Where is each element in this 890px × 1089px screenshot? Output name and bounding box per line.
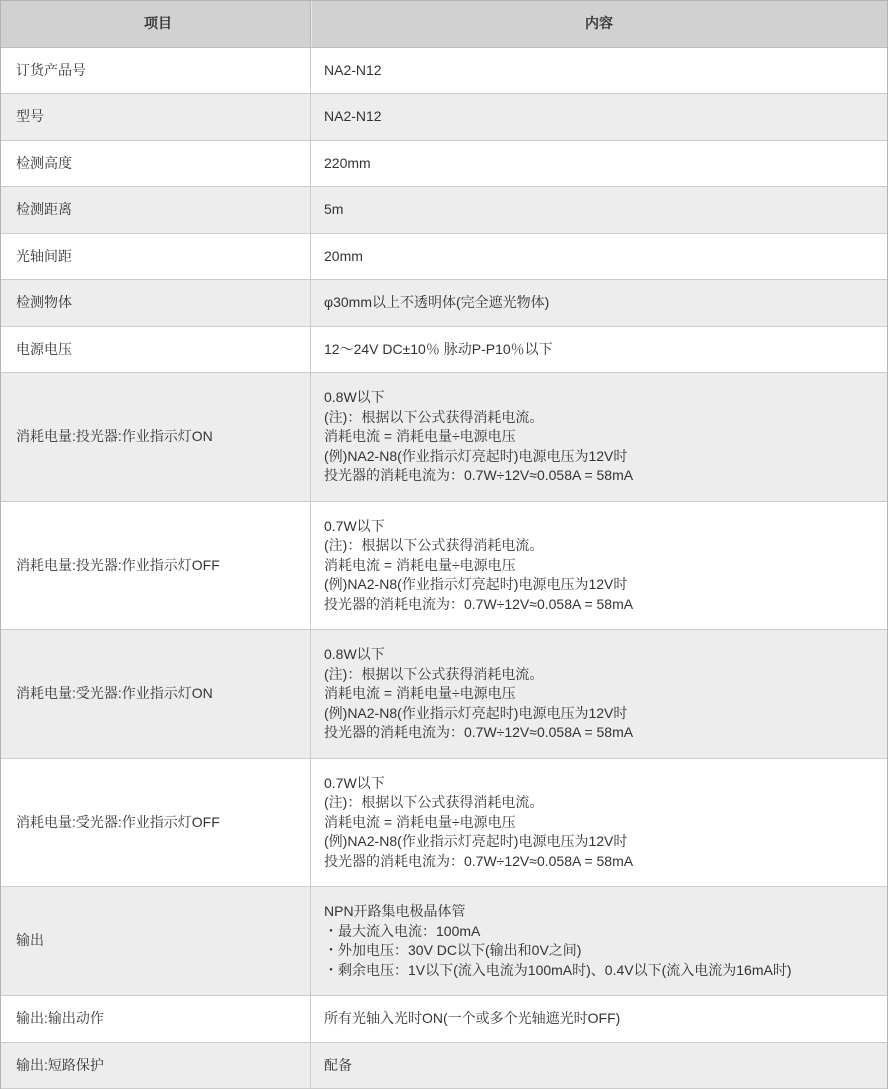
table-row: 检测距离5m <box>1 187 887 234</box>
table-row: 消耗电量:受光器:作业指示灯OFF0.7W以下(注)：根据以下公式获得消耗电流。… <box>1 759 887 888</box>
table-row: 输出NPN开路集电极晶体管・最大流入电流：100mA・外加电压：30V DC以下… <box>1 887 887 996</box>
table-row: 检测物体φ30mm以上不透明体(完全遮光物体) <box>1 280 887 327</box>
row-content-line: (例)NA2-N8(作业指示灯亮起时)电源电压为12V时 <box>324 704 873 724</box>
table-row: 输出:输出动作所有光轴入光时ON(一个或多个光轴遮光时OFF) <box>1 996 887 1043</box>
row-content-cell: NA2-N12 <box>311 48 887 94</box>
row-content-line: 所有光轴入光时ON(一个或多个光轴遮光时OFF) <box>324 1009 873 1029</box>
row-content-line: NA2-N12 <box>324 61 873 81</box>
row-content-line: ・剩余电压：1V以下(流入电流为100mA时)、0.4V以下(流入电流为16mA… <box>324 961 873 981</box>
spec-table: 项目 内容 订货产品号NA2-N12型号NA2-N12检测高度220mm检测距离… <box>0 0 888 1089</box>
row-content-cell: 0.7W以下(注)：根据以下公式获得消耗电流。消耗电流 = 消耗电量÷电源电压(… <box>311 502 887 630</box>
row-content-line: (注)：根据以下公式获得消耗电流。 <box>324 665 873 685</box>
row-content-cell: 5m <box>311 187 887 233</box>
row-content-line: 消耗电流 = 消耗电量÷电源电压 <box>324 556 873 576</box>
row-content-line: ・最大流入电流：100mA <box>324 922 873 942</box>
row-item-label: 消耗电量:投光器:作业指示灯ON <box>1 373 311 501</box>
row-content-line: 12～24V DC±10％ 脉动P-P10％以下 <box>324 340 873 360</box>
row-content-line: ・外加电压：30V DC以下(输出和0V之间) <box>324 941 873 961</box>
row-item-label: 型号 <box>1 94 311 140</box>
row-content-line: 投光器的消耗电流为：0.7W÷12V≈0.058A = 58mA <box>324 852 873 872</box>
row-content-cell: 12～24V DC±10％ 脉动P-P10％以下 <box>311 327 887 373</box>
row-content-line: NPN开路集电极晶体管 <box>324 902 873 922</box>
row-content-line: 消耗电流 = 消耗电量÷电源电压 <box>324 813 873 833</box>
header-item-column: 项目 <box>1 1 311 47</box>
row-content-line: (注)：根据以下公式获得消耗电流。 <box>324 793 873 813</box>
row-content-line: 5m <box>324 200 873 220</box>
table-body: 订货产品号NA2-N12型号NA2-N12检测高度220mm检测距离5m光轴间距… <box>1 48 887 1089</box>
row-content-line: 消耗电流 = 消耗电量÷电源电压 <box>324 684 873 704</box>
row-content-line: (注)：根据以下公式获得消耗电流。 <box>324 408 873 428</box>
table-row: 消耗电量:投光器:作业指示灯ON0.8W以下(注)：根据以下公式获得消耗电流。消… <box>1 373 887 502</box>
row-content-line: (例)NA2-N8(作业指示灯亮起时)电源电压为12V时 <box>324 447 873 467</box>
row-content-cell: φ30mm以上不透明体(完全遮光物体) <box>311 280 887 326</box>
row-content-line: 消耗电流 = 消耗电量÷电源电压 <box>324 427 873 447</box>
row-content-cell: 20mm <box>311 234 887 280</box>
table-row: 输出:短路保护配备 <box>1 1043 887 1089</box>
row-item-label: 订货产品号 <box>1 48 311 94</box>
row-content-line: 配备 <box>324 1056 873 1076</box>
row-item-label: 输出:短路保护 <box>1 1043 311 1089</box>
row-content-line: 投光器的消耗电流为：0.7W÷12V≈0.058A = 58mA <box>324 595 873 615</box>
row-content-line: 0.8W以下 <box>324 388 873 408</box>
row-content-line: 220mm <box>324 154 873 174</box>
row-item-label: 电源电压 <box>1 327 311 373</box>
table-row: 检测高度220mm <box>1 141 887 188</box>
table-row: 光轴间距20mm <box>1 234 887 281</box>
row-content-cell: 0.7W以下(注)：根据以下公式获得消耗电流。消耗电流 = 消耗电量÷电源电压(… <box>311 759 887 887</box>
table-row: 型号NA2-N12 <box>1 94 887 141</box>
row-item-label: 光轴间距 <box>1 234 311 280</box>
row-content-line: 投光器的消耗电流为：0.7W÷12V≈0.058A = 58mA <box>324 723 873 743</box>
row-content-line: (例)NA2-N8(作业指示灯亮起时)电源电压为12V时 <box>324 832 873 852</box>
row-content-line: 0.8W以下 <box>324 645 873 665</box>
row-item-label: 输出 <box>1 887 311 995</box>
row-item-label: 消耗电量:受光器:作业指示灯OFF <box>1 759 311 887</box>
row-item-label: 消耗电量:投光器:作业指示灯OFF <box>1 502 311 630</box>
row-item-label: 输出:输出动作 <box>1 996 311 1042</box>
row-content-line: NA2-N12 <box>324 107 873 127</box>
row-content-line: φ30mm以上不透明体(完全遮光物体) <box>324 293 873 313</box>
row-item-label: 检测物体 <box>1 280 311 326</box>
row-content-cell: 配备 <box>311 1043 887 1089</box>
table-row: 消耗电量:投光器:作业指示灯OFF0.7W以下(注)：根据以下公式获得消耗电流。… <box>1 502 887 631</box>
row-content-line: (例)NA2-N8(作业指示灯亮起时)电源电压为12V时 <box>324 575 873 595</box>
row-content-cell: NA2-N12 <box>311 94 887 140</box>
row-content-cell: 所有光轴入光时ON(一个或多个光轴遮光时OFF) <box>311 996 887 1042</box>
row-content-cell: 220mm <box>311 141 887 187</box>
table-row: 订货产品号NA2-N12 <box>1 48 887 95</box>
row-content-line: 0.7W以下 <box>324 774 873 794</box>
row-content-cell: 0.8W以下(注)：根据以下公式获得消耗电流。消耗电流 = 消耗电量÷电源电压(… <box>311 373 887 501</box>
row-content-line: 0.7W以下 <box>324 517 873 537</box>
table-row: 消耗电量:受光器:作业指示灯ON0.8W以下(注)：根据以下公式获得消耗电流。消… <box>1 630 887 759</box>
table-row: 电源电压12～24V DC±10％ 脉动P-P10％以下 <box>1 327 887 374</box>
row-content-cell: NPN开路集电极晶体管・最大流入电流：100mA・外加电压：30V DC以下(输… <box>311 887 887 995</box>
row-item-label: 检测高度 <box>1 141 311 187</box>
row-content-line: 20mm <box>324 247 873 267</box>
row-content-line: 投光器的消耗电流为：0.7W÷12V≈0.058A = 58mA <box>324 466 873 486</box>
row-item-label: 检测距离 <box>1 187 311 233</box>
row-item-label: 消耗电量:受光器:作业指示灯ON <box>1 630 311 758</box>
table-header-row: 项目 内容 <box>1 1 887 48</box>
row-content-cell: 0.8W以下(注)：根据以下公式获得消耗电流。消耗电流 = 消耗电量÷电源电压(… <box>311 630 887 758</box>
header-content-column: 内容 <box>311 1 887 47</box>
row-content-line: (注)：根据以下公式获得消耗电流。 <box>324 536 873 556</box>
